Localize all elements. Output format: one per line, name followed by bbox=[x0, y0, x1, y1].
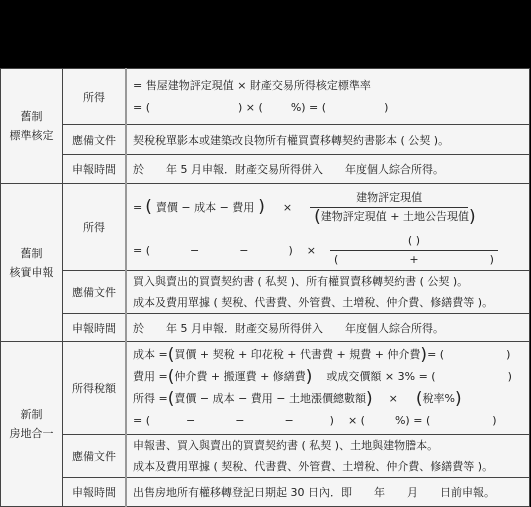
cost-formula: 成本 =(買價 + 契稅 + 印花稅 + 代書費 + 規費 + 仲介費)= () bbox=[133, 344, 529, 366]
text: 建物評定現值 + 土地公告現值 bbox=[321, 210, 469, 223]
text: 賣價 − 成本 − 費用 − 土地漲價總數額 bbox=[174, 392, 366, 405]
section-subtitle: 房地合一 bbox=[1, 424, 62, 443]
text: 於 bbox=[133, 322, 144, 335]
text: ( bbox=[334, 251, 338, 269]
text: = bbox=[133, 201, 142, 214]
text: 買價 + 契稅 + 印花稅 + 代書費 + 規費 + 仲介費 bbox=[174, 348, 420, 361]
row-label-documents: 應備文件 bbox=[63, 435, 127, 478]
text: 年度個人綜合所得。 bbox=[345, 163, 444, 176]
text-line: 成本及費用單據 ( 契稅、代書費、外管費、土增稅、仲介費、修繕費等 )。 bbox=[133, 292, 529, 313]
black-header-bar bbox=[0, 0, 531, 68]
text-line: 買入與賣出的買賣契約書 ( 私契 )、所有權買賣移轉契約書 ( 公契 )。 bbox=[133, 271, 529, 292]
section-title: 舊制 bbox=[1, 107, 62, 126]
section-title: 舊制 bbox=[1, 244, 62, 263]
formula-line: = ( 賣價 − 成本 − 費用 ) × 建物評定現值 (建物評定現值 + 土地… bbox=[133, 184, 529, 230]
text: 年 5 月申報．財產交易所得併入 bbox=[166, 322, 323, 335]
text: = ( bbox=[133, 414, 150, 427]
text: 年 bbox=[374, 486, 385, 499]
text: ) bbox=[288, 244, 292, 257]
text: 年度個人綜合所得。 bbox=[345, 322, 444, 335]
formula-fill-line: = () × (%) = () bbox=[133, 97, 529, 119]
text: 出售房地所有權移轉登記日期起 30 日內．即 bbox=[133, 486, 352, 499]
filing-time-text: 出售房地所有權移轉登記日期起 30 日內．即年月日前申報。 bbox=[126, 478, 530, 507]
text: + bbox=[409, 251, 418, 269]
denominator: (建物評定現值 + 土地公告現值) bbox=[310, 208, 480, 226]
house-tax-comparison-table: 舊制 標準核定 所得 = 售屋建物評定現值 × 財產交易所得核定標準率 = ()… bbox=[0, 68, 530, 507]
row-label-filing-time: 申報時間 bbox=[63, 478, 127, 507]
row-label-documents: 應備文件 bbox=[63, 125, 127, 155]
row-label-documents: 應備文件 bbox=[63, 271, 127, 314]
text: ) bbox=[384, 101, 388, 114]
formula-fill-line: = ( − − ) × ( ) ( + ) bbox=[133, 230, 529, 270]
fraction: 建物評定現值 (建物評定現值 + 土地公告現值) bbox=[310, 189, 480, 226]
text: ) bbox=[492, 414, 496, 427]
text: 賣價 − 成本 − 費用 bbox=[156, 199, 254, 215]
expense-formula: 費用 =(仲介費 + 搬運費 + 修繕費)或成交價額 × 3% = () bbox=[133, 366, 529, 388]
text: = ( bbox=[133, 101, 150, 114]
row-label-income-tax: 所得稅額 bbox=[63, 342, 127, 435]
documents-text: 契稅稅單影本或建築改良物所有權買賣移轉契約書影本 ( 公契 )。 bbox=[126, 125, 530, 155]
text-line: 申報書、買入與賣出的買賣契約書 ( 私契 )、土地與建物謄本。 bbox=[133, 435, 529, 456]
formula-line: = 售屋建物評定現值 × 財產交易所得核定標準率 bbox=[133, 75, 529, 97]
numerator: ( ) bbox=[330, 232, 498, 251]
numerator: 建物評定現值 bbox=[310, 189, 468, 208]
fraction: ( ) ( + ) bbox=[330, 232, 498, 269]
text: 稅率% bbox=[423, 392, 455, 405]
income-tax-formula: 成本 =(買價 + 契稅 + 印花稅 + 代書費 + 規費 + 仲介費)= ()… bbox=[126, 342, 530, 435]
income-formula: = ( 賣價 − 成本 − 費用 ) × 建物評定現值 (建物評定現值 + 土地… bbox=[126, 184, 530, 271]
text: %) = ( bbox=[395, 414, 430, 427]
text: ) bbox=[330, 414, 334, 427]
formula-fill-line: = (−−−)× (%) = () bbox=[133, 410, 529, 432]
text: × bbox=[307, 244, 316, 257]
text: 月 bbox=[407, 486, 418, 499]
text: 仲介費 + 搬運費 + 修繕費 bbox=[174, 370, 305, 383]
documents-text: 買入與賣出的買賣契約書 ( 私契 )、所有權買賣移轉契約書 ( 公契 )。 成本… bbox=[126, 271, 530, 314]
text: × bbox=[389, 392, 398, 405]
text: 年 5 月申報．財產交易所得併入 bbox=[166, 163, 323, 176]
text: = ( bbox=[133, 244, 150, 257]
row-label-income: 所得 bbox=[63, 184, 127, 271]
text: ) bbox=[506, 348, 510, 361]
income-formula: = 售屋建物評定現值 × 財產交易所得核定標準率 = () × (%) = () bbox=[126, 69, 530, 125]
section-subtitle: 核實申報 bbox=[1, 263, 62, 282]
row-label-income: 所得 bbox=[63, 69, 127, 125]
section-new-integrated: 新制 房地合一 bbox=[1, 342, 63, 507]
row-label-filing-time: 申報時間 bbox=[63, 314, 127, 342]
text: 日前申報。 bbox=[440, 486, 495, 499]
section-old-standard: 舊制 標準核定 bbox=[1, 69, 63, 184]
filing-time-text: 於年 5 月申報．財產交易所得併入年度個人綜合所得。 bbox=[126, 314, 530, 342]
text: 費用 = bbox=[133, 370, 168, 383]
text-line: 成本及費用單據 ( 契稅、代書費、外管費、土增稅、仲介費、修繕費等 )。 bbox=[133, 456, 529, 477]
text: = ( bbox=[427, 348, 444, 361]
text: − bbox=[284, 414, 293, 427]
text: 所得 = bbox=[133, 392, 168, 405]
section-title: 新制 bbox=[1, 405, 62, 424]
documents-text: 申報書、買入與賣出的買賣契約書 ( 私契 )、土地與建物謄本。 成本及費用單據 … bbox=[126, 435, 530, 478]
text: − bbox=[186, 414, 195, 427]
income-formula: 所得 =(賣價 − 成本 − 費用 − 土地漲價總數額)×(稅率%) bbox=[133, 388, 529, 410]
filing-time-text: 於年 5 月申報．財產交易所得併入年度個人綜合所得。 bbox=[126, 155, 530, 184]
text: %) = ( bbox=[291, 101, 326, 114]
text: − bbox=[235, 414, 244, 427]
text: 於 bbox=[133, 163, 144, 176]
denominator: ( + ) bbox=[330, 251, 498, 269]
text: × ( bbox=[348, 414, 365, 427]
row-label-filing-time: 申報時間 bbox=[63, 155, 127, 184]
text: 成本 = bbox=[133, 348, 168, 361]
section-old-actual: 舊制 核實申報 bbox=[1, 184, 63, 342]
text: − bbox=[239, 244, 248, 257]
text: − bbox=[190, 244, 199, 257]
text: × bbox=[283, 201, 292, 214]
text: ) × ( bbox=[238, 101, 263, 114]
text: ) bbox=[490, 251, 494, 269]
text: ) bbox=[508, 370, 512, 383]
text: 或成交價額 × 3% = ( bbox=[326, 370, 435, 383]
section-subtitle: 標準核定 bbox=[1, 126, 62, 145]
